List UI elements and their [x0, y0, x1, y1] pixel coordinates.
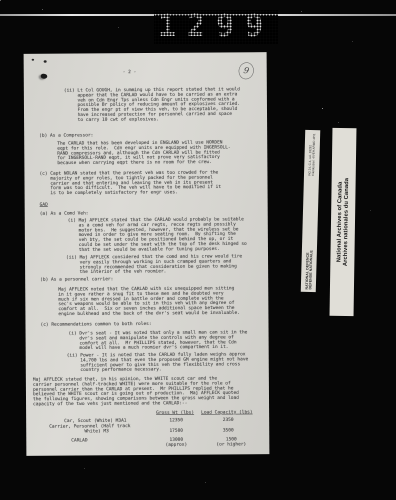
table-row-gross: 13000 (approx)	[155, 438, 197, 448]
paragraph-c-nolan: (c) Capt NOLAN stated that the present v…	[39, 170, 221, 196]
paragraph-dvr-seat: (i) Dvr's seat - It was noted that only …	[69, 330, 248, 351]
document-page: - 2 - 9 (ii) Lt Col GOUGH, in summing up…	[24, 52, 270, 456]
paragraph-summary: Maj AFFLECK stated that, in his opinion,…	[33, 376, 239, 407]
table-row-gross: 17500	[155, 429, 197, 434]
national-defence-stamp: NATIONAL DEFENCE DÉFENSE NATIONALE	[305, 250, 314, 290]
punch-hole-mark	[44, 60, 47, 63]
table-row-load: 3500	[207, 428, 249, 433]
punch-hole-mark	[32, 59, 35, 61]
paragraph-power: (ii) Power - It is noted that the CARLAD…	[67, 352, 249, 373]
heading-personnel-carrier: (b) As a personnel carrier:	[40, 277, 113, 282]
table-row-name: CARLAD	[71, 438, 87, 443]
paragraph-compressor: The CARLAD that has been developed in EN…	[57, 140, 231, 166]
paragraph-ii-gough: (ii) Lt Col GOUGH, in summing up this re…	[64, 87, 240, 123]
table-row-load: 1500 (or higher)	[207, 437, 255, 447]
annotation-digit: 9	[243, 65, 250, 76]
paragraph-carrier: Maj AFFLECK noted that the CARLAD with s…	[58, 286, 240, 317]
table-row-load: 2350	[207, 418, 249, 423]
circled-handwritten-annotation: 9	[237, 61, 255, 81]
ink-blot-mark	[41, 74, 48, 79]
heading-gad: GAD	[40, 203, 48, 208]
comparison-table: Gross Wt (lbs) Load Capacity (lbs) Car, …	[24, 52, 267, 54]
heading-as-a-comd-veh: (a) As a Comd Veh:	[40, 211, 89, 216]
film-frame-number: 1299	[158, 12, 274, 42]
heading-recommendations: (c) Recommendations common to both roles…	[40, 322, 151, 328]
page-number: - 2 -	[123, 70, 137, 75]
archival-reference-strip: NATIONAL DEFENCE DÉFENSE NATIONALE RG 24…	[301, 130, 321, 292]
microfilm-photo-frame: 1299 - 2 - 9 (ii) Lt Col GOUGH, in summi…	[0, 0, 396, 500]
national-archives-stamp: National Archives of Canada Archives nat…	[330, 128, 357, 316]
paragraph-comd-i: (i) Maj AFFLECK stated that the CARLAD w…	[68, 217, 247, 253]
paragraph-comd-ii: (ii) Maj AFFLECK considered that the com…	[66, 254, 242, 275]
col-header-gross-wt: Gross Wt (lbs)	[156, 411, 194, 416]
heading-as-a-compressor: (b) As a Compressor:	[39, 133, 93, 138]
film-noise-specks	[0, 0, 1, 1]
file-reference-stamp: RG 24, C-1, vol. 18292 File/dossier: 4/V…	[308, 133, 316, 175]
table-row-gross: 12350	[155, 418, 197, 423]
document-page-content: - 2 - 9 (ii) Lt Col GOUGH, in summing up…	[24, 52, 270, 456]
table-row-name: Carrier, Personnel (Half track White) M3	[49, 424, 130, 434]
archives-label-french: Archives nationales du Canada	[342, 178, 350, 266]
col-header-load-capacity: Load Capacity (lbs)	[201, 410, 253, 415]
